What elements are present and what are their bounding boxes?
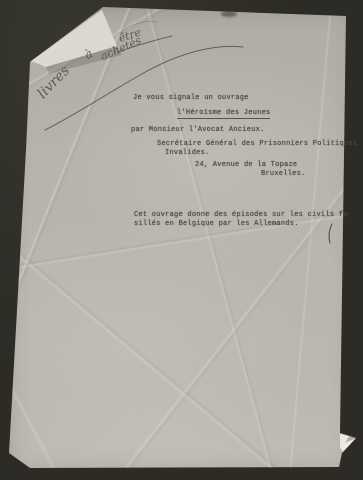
typed-address-line-2: Bruxelles.	[261, 170, 306, 178]
typed-intro-line: Je vous signale un ouvrage	[133, 94, 249, 102]
scan-background: livres à être achetés Je vous signale un…	[0, 0, 363, 480]
typed-address-line-1: 24, Avenue de la Topaze	[195, 161, 297, 169]
typed-body-line-2: sillés en Belgique par les Allemands.	[134, 220, 299, 228]
typed-body-line-1: Cet ouvrage donne des épisodes sur les c…	[134, 211, 352, 219]
typed-role-line-2: Invalides.	[165, 149, 210, 157]
ink-stain	[221, 11, 237, 17]
typed-role-line-1: Secrétaire Général des Prisonniers Polit…	[157, 140, 357, 148]
typed-book-title: l'Héroïsme des Jeunes	[177, 109, 270, 119]
typed-byline: par Monsieur l'Avocat Ancieux.	[131, 126, 265, 134]
